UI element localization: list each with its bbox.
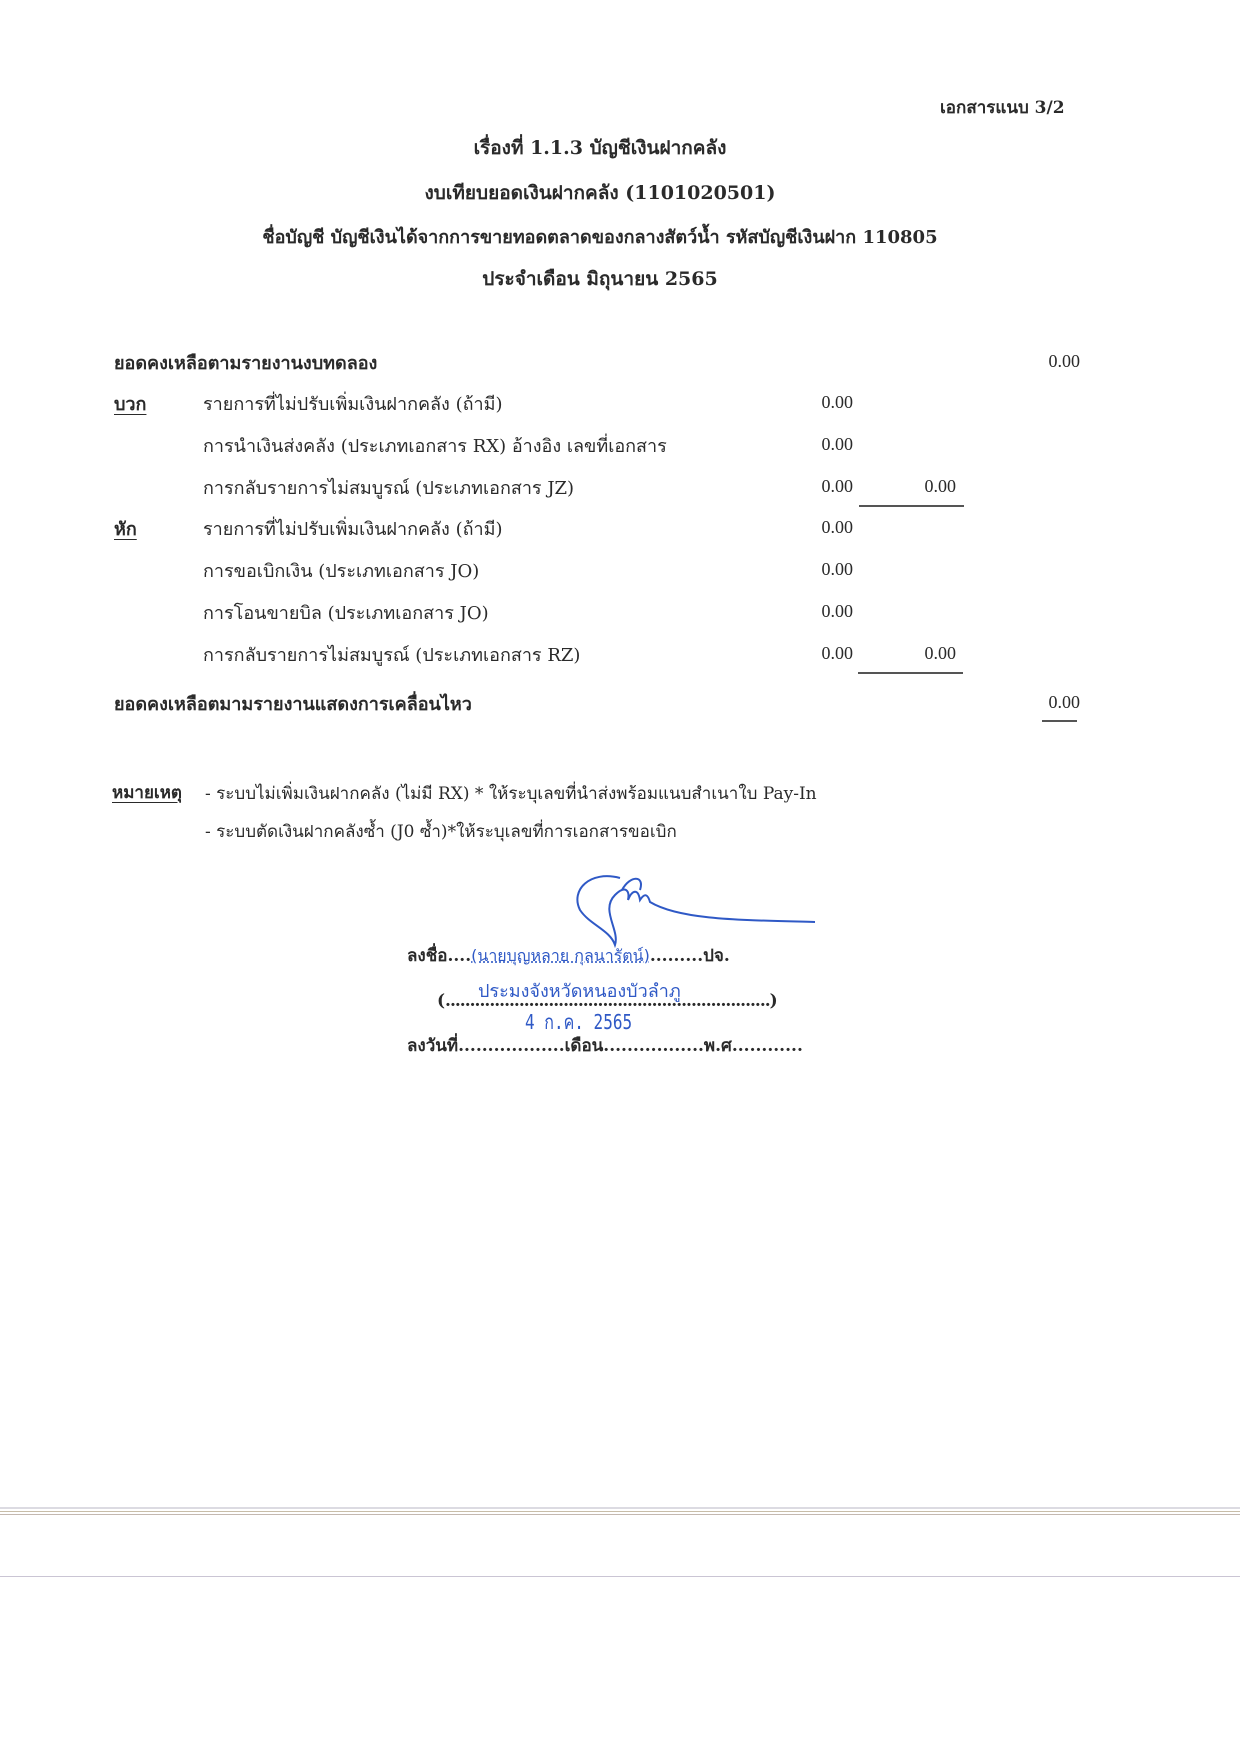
opening-balance-total: 0.00 xyxy=(1000,351,1080,372)
scan-line xyxy=(0,1576,1240,1577)
remarks-heading: หมายเหตุ xyxy=(112,779,182,806)
add-heading: บวก xyxy=(114,389,146,418)
add-item-amount: 0.00 xyxy=(773,434,853,455)
opening-balance-label: ยอดคงเหลือตามรายงานงบทดลอง xyxy=(114,348,377,377)
deduct-item-label: รายการที่ไม่ปรับเพิ่มเงินฝากคลัง (ถ้ามี) xyxy=(203,514,502,543)
signature-suffix: .........ปจ. xyxy=(650,946,730,966)
add-item-label: การนำเงินส่งคลัง (ประเภทเอกสาร RX) อ้างอ… xyxy=(203,431,667,460)
add-subtotal-rule xyxy=(859,505,964,507)
deduct-item-amount: 0.00 xyxy=(773,517,853,538)
closing-balance-total: 0.00 xyxy=(1000,692,1080,713)
signature-prefix: ลงชื่อ.... xyxy=(407,946,471,966)
signature-line: ลงชื่อ....(นายบุญหลาย กุลนารัตน์).......… xyxy=(407,942,730,969)
add-item-label: รายการที่ไม่ปรับเพิ่มเงินฝากคลัง (ถ้ามี) xyxy=(203,389,502,418)
deduct-item-amount: 0.00 xyxy=(773,559,853,580)
signer-name: (นายบุญหลาย กุลนารัตน์) xyxy=(471,946,650,965)
period-line: ประจำเดือน มิถุนายน 2565 xyxy=(0,264,1200,294)
remark-line-2: - ระบบตัดเงินฝากคลังซ้ำ (J0 ซ้ำ)*ให้ระบุ… xyxy=(205,818,677,845)
add-item-amount: 0.00 xyxy=(773,476,853,497)
account-name-line: ชื่อบัญชี บัญชีเงินได้จากการขายทอดตลาดขอ… xyxy=(0,222,1200,251)
add-item-amount: 0.00 xyxy=(773,392,853,413)
deduct-item-amount: 0.00 xyxy=(773,601,853,622)
scan-line xyxy=(0,1507,1240,1509)
deduct-item-label: การกลับรายการไม่สมบูรณ์ (ประเภทเอกสาร RZ… xyxy=(203,640,580,669)
position-close-paren: ) xyxy=(770,991,778,1011)
scan-line xyxy=(0,1514,1240,1515)
document-subject: เรื่องที่ 1.1.3 บัญชีเงินฝากคลัง xyxy=(0,133,1200,163)
deduct-subtotal-rule xyxy=(858,672,963,674)
scan-line xyxy=(0,1511,1240,1512)
deduct-item-label: การโอนขายบิล (ประเภทเอกสาร JO) xyxy=(203,598,489,627)
deduct-item-label: การขอเบิกเงิน (ประเภทเอกสาร JO) xyxy=(203,556,479,585)
add-item-label: การกลับรายการไม่สมบูรณ์ (ประเภทเอกสาร JZ… xyxy=(203,473,574,502)
attachment-label: เอกสารแนบ 3/2 xyxy=(940,94,1065,121)
statement-title: งบเทียบยอดเงินฝากคลัง (1101020501) xyxy=(0,178,1200,208)
handwritten-signature xyxy=(560,870,820,950)
deduct-subtotal: 0.00 xyxy=(876,643,956,664)
position-open-paren: ( xyxy=(437,991,445,1011)
deduct-item-amount: 0.00 xyxy=(773,643,853,664)
add-subtotal: 0.00 xyxy=(876,476,956,497)
closing-balance-label: ยอดคงเหลือตมามรายงานแสดงการเคลื่อนไหว xyxy=(114,689,472,718)
date-line: ลงวันที่..................เดือน.........… xyxy=(407,1032,803,1059)
closing-balance-rule xyxy=(1042,720,1077,722)
deduct-heading: หัก xyxy=(114,514,137,543)
remark-line-1: - ระบบไม่เพิ่มเงินฝากคลัง (ไม่มี RX) * ใ… xyxy=(205,780,817,807)
